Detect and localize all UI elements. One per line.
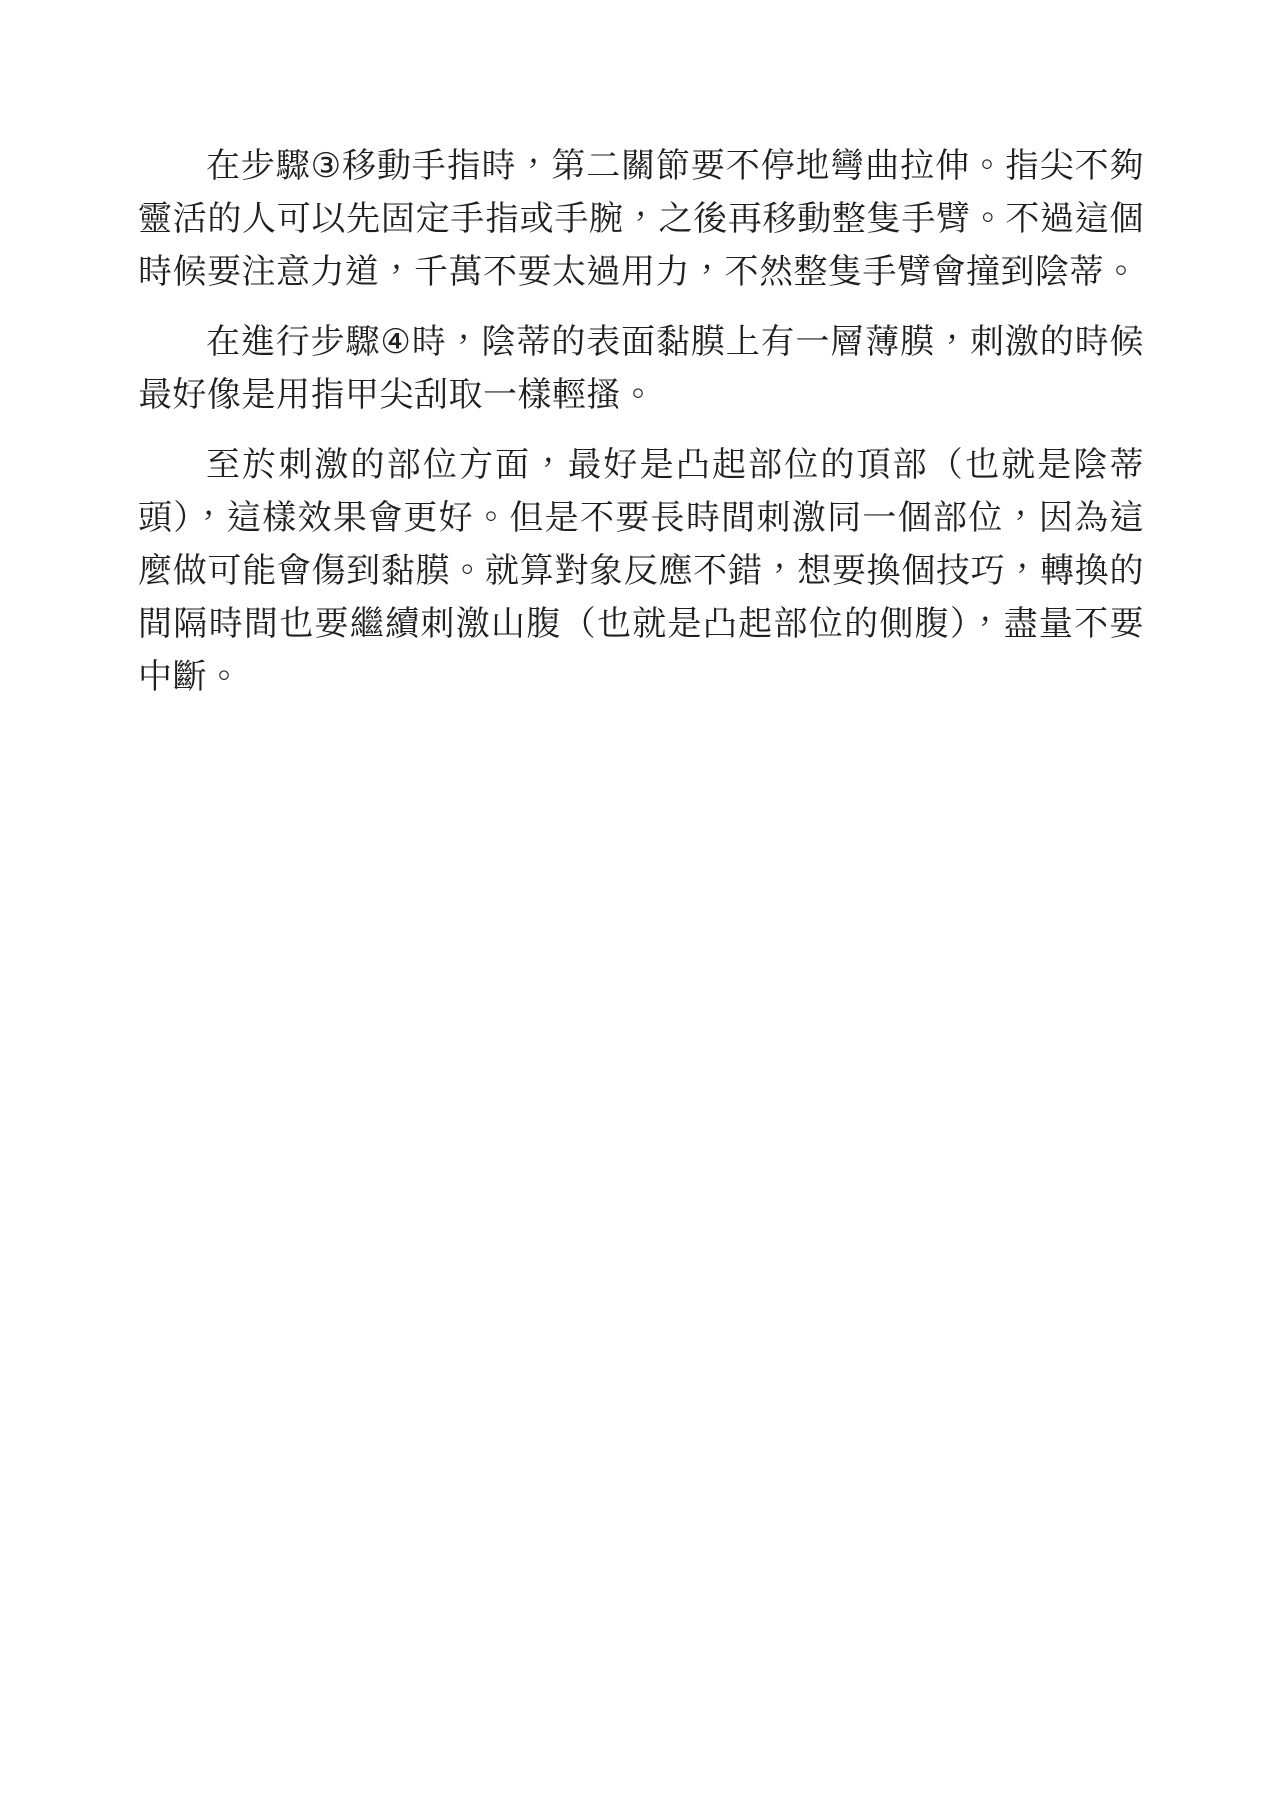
paragraph-1: 在步驟③移動手指時，第二關節要不停地彎曲拉伸。指尖不夠靈活的人可以先固定手指或手… (138, 140, 1144, 299)
paragraph-3: 至於刺激的部位方面，最好是凸起部位的頂部（也就是陰蒂頭），這樣效果會更好。但是不… (138, 439, 1144, 704)
paragraph-2: 在進行步驟④時，陰蒂的表面黏膜上有一層薄膜，刺激的時候最好像是用指甲尖刮取一樣輕… (138, 316, 1144, 422)
body-text-block: 在步驟③移動手指時，第二關節要不停地彎曲拉伸。指尖不夠靈活的人可以先固定手指或手… (138, 140, 1144, 704)
document-page: 在步驟③移動手指時，第二關節要不停地彎曲拉伸。指尖不夠靈活的人可以先固定手指或手… (0, 0, 1280, 1812)
